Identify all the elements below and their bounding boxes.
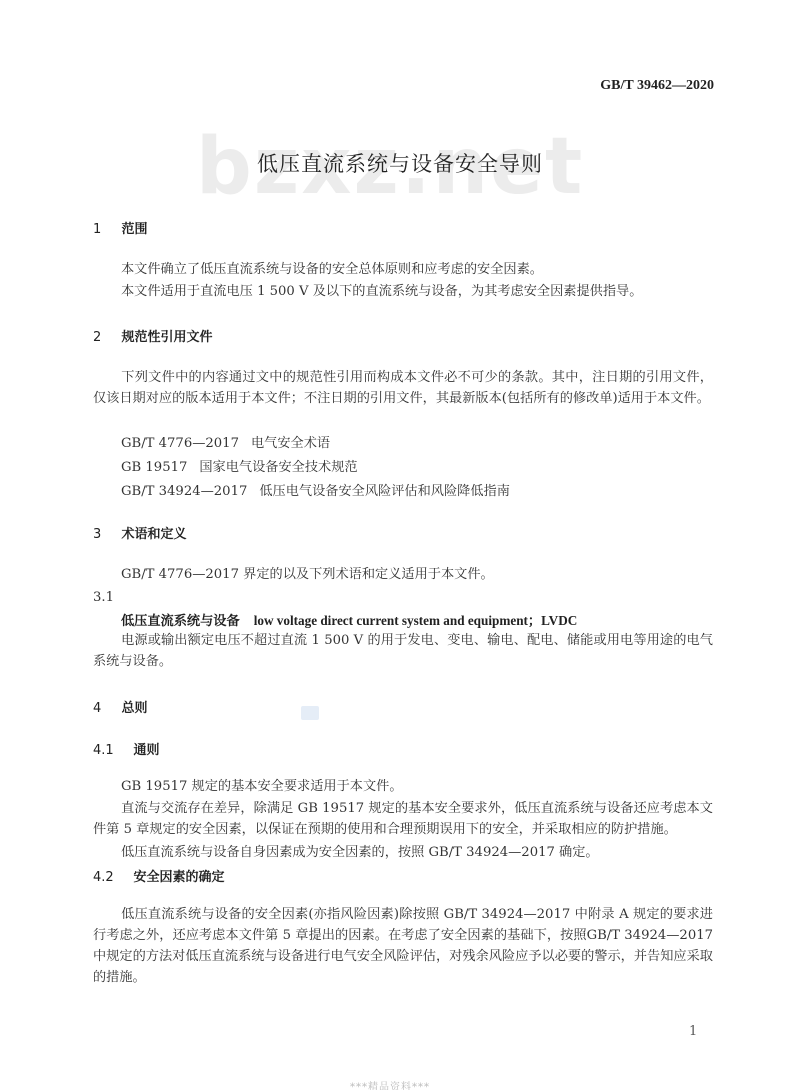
logo-badge-icon bbox=[301, 706, 319, 720]
term-entry: 低压直流系统与设备low voltage direct current syst… bbox=[121, 610, 577, 629]
section-number: 3 bbox=[93, 527, 117, 542]
section-number: 4 bbox=[93, 701, 117, 716]
reference-code: GB/T 4776—2017 bbox=[121, 436, 239, 451]
section-title: 范围 bbox=[122, 222, 148, 237]
section-1-paragraph-2: 本文件适用于直流电压 1 500 V 及以下的直流系统与设备，为其考虑安全因素提… bbox=[93, 281, 713, 302]
page-number: 1 bbox=[689, 1024, 697, 1039]
reference-item: GB 19517国家电气设备安全技术规范 bbox=[121, 456, 358, 475]
section-4-1-paragraph-1: GB 19517 规定的基本安全要求适用于本文件。 bbox=[93, 776, 713, 797]
term-english: low voltage direct current system and eq… bbox=[254, 613, 578, 628]
section-4-2-paragraph: 低压直流系统与设备的安全因素(亦指风险因素)除按照 GB/T 34924—201… bbox=[93, 904, 713, 988]
footer-mark: ***精品资料*** bbox=[350, 1078, 430, 1090]
section-number: 1 bbox=[93, 222, 117, 237]
reference-code: GB 19517 bbox=[121, 460, 187, 475]
reference-title: 国家电气设备安全技术规范 bbox=[199, 460, 357, 475]
section-title: 总则 bbox=[122, 701, 148, 716]
section-number: 4.2 bbox=[93, 870, 129, 885]
section-title: 安全因素的确定 bbox=[134, 870, 225, 885]
term-number: 3.1 bbox=[93, 587, 713, 608]
standard-code: GB/T 39462—2020 bbox=[600, 78, 714, 94]
reference-item: GB/T 34924—2017低压电气设备安全风险评估和风险降低指南 bbox=[121, 480, 510, 499]
section-1-paragraph-1: 本文件确立了低压直流系统与设备的安全总体原则和应考虑的安全因素。 bbox=[93, 259, 713, 280]
section-title: 通则 bbox=[134, 743, 160, 758]
section-4-heading: 4 总则 bbox=[93, 697, 148, 716]
reference-title: 低压电气设备安全风险评估和风险降低指南 bbox=[259, 484, 510, 499]
term-chinese: 低压直流系统与设备 bbox=[121, 614, 240, 629]
reference-item: GB/T 4776—2017电气安全术语 bbox=[121, 432, 330, 451]
document-title: 低压直流系统与设备安全导则 bbox=[0, 148, 800, 178]
section-2-heading: 2 规范性引用文件 bbox=[93, 326, 213, 345]
section-4-2-heading: 4.2 安全因素的确定 bbox=[93, 866, 225, 885]
section-number: 2 bbox=[93, 330, 117, 345]
section-3-paragraph: GB/T 4776—2017 界定的以及下列术语和定义适用于本文件。 bbox=[93, 564, 713, 585]
section-1-heading: 1 范围 bbox=[93, 218, 148, 237]
reference-title: 电气安全术语 bbox=[251, 436, 330, 451]
section-4-1-paragraph-3: 低压直流系统与设备自身因素成为安全因素的，按照 GB/T 34924—2017 … bbox=[93, 842, 713, 863]
section-number: 4.1 bbox=[93, 743, 129, 758]
section-title: 术语和定义 bbox=[122, 527, 187, 542]
section-title: 规范性引用文件 bbox=[122, 330, 213, 345]
section-4-1-paragraph-2: 直流与交流存在差异，除满足 GB 19517 规定的基本安全要求外，低压直流系统… bbox=[93, 798, 713, 840]
reference-code: GB/T 34924—2017 bbox=[121, 484, 247, 499]
section-4-1-heading: 4.1 通则 bbox=[93, 739, 160, 758]
section-3-heading: 3 术语和定义 bbox=[93, 523, 187, 542]
term-definition: 电源或输出额定电压不超过直流 1 500 V 的用于发电、变电、输电、配电、储能… bbox=[93, 630, 713, 672]
section-2-paragraph: 下列文件中的内容通过文中的规范性引用而构成本文件必不可少的条款。其中，注日期的引… bbox=[93, 367, 713, 409]
